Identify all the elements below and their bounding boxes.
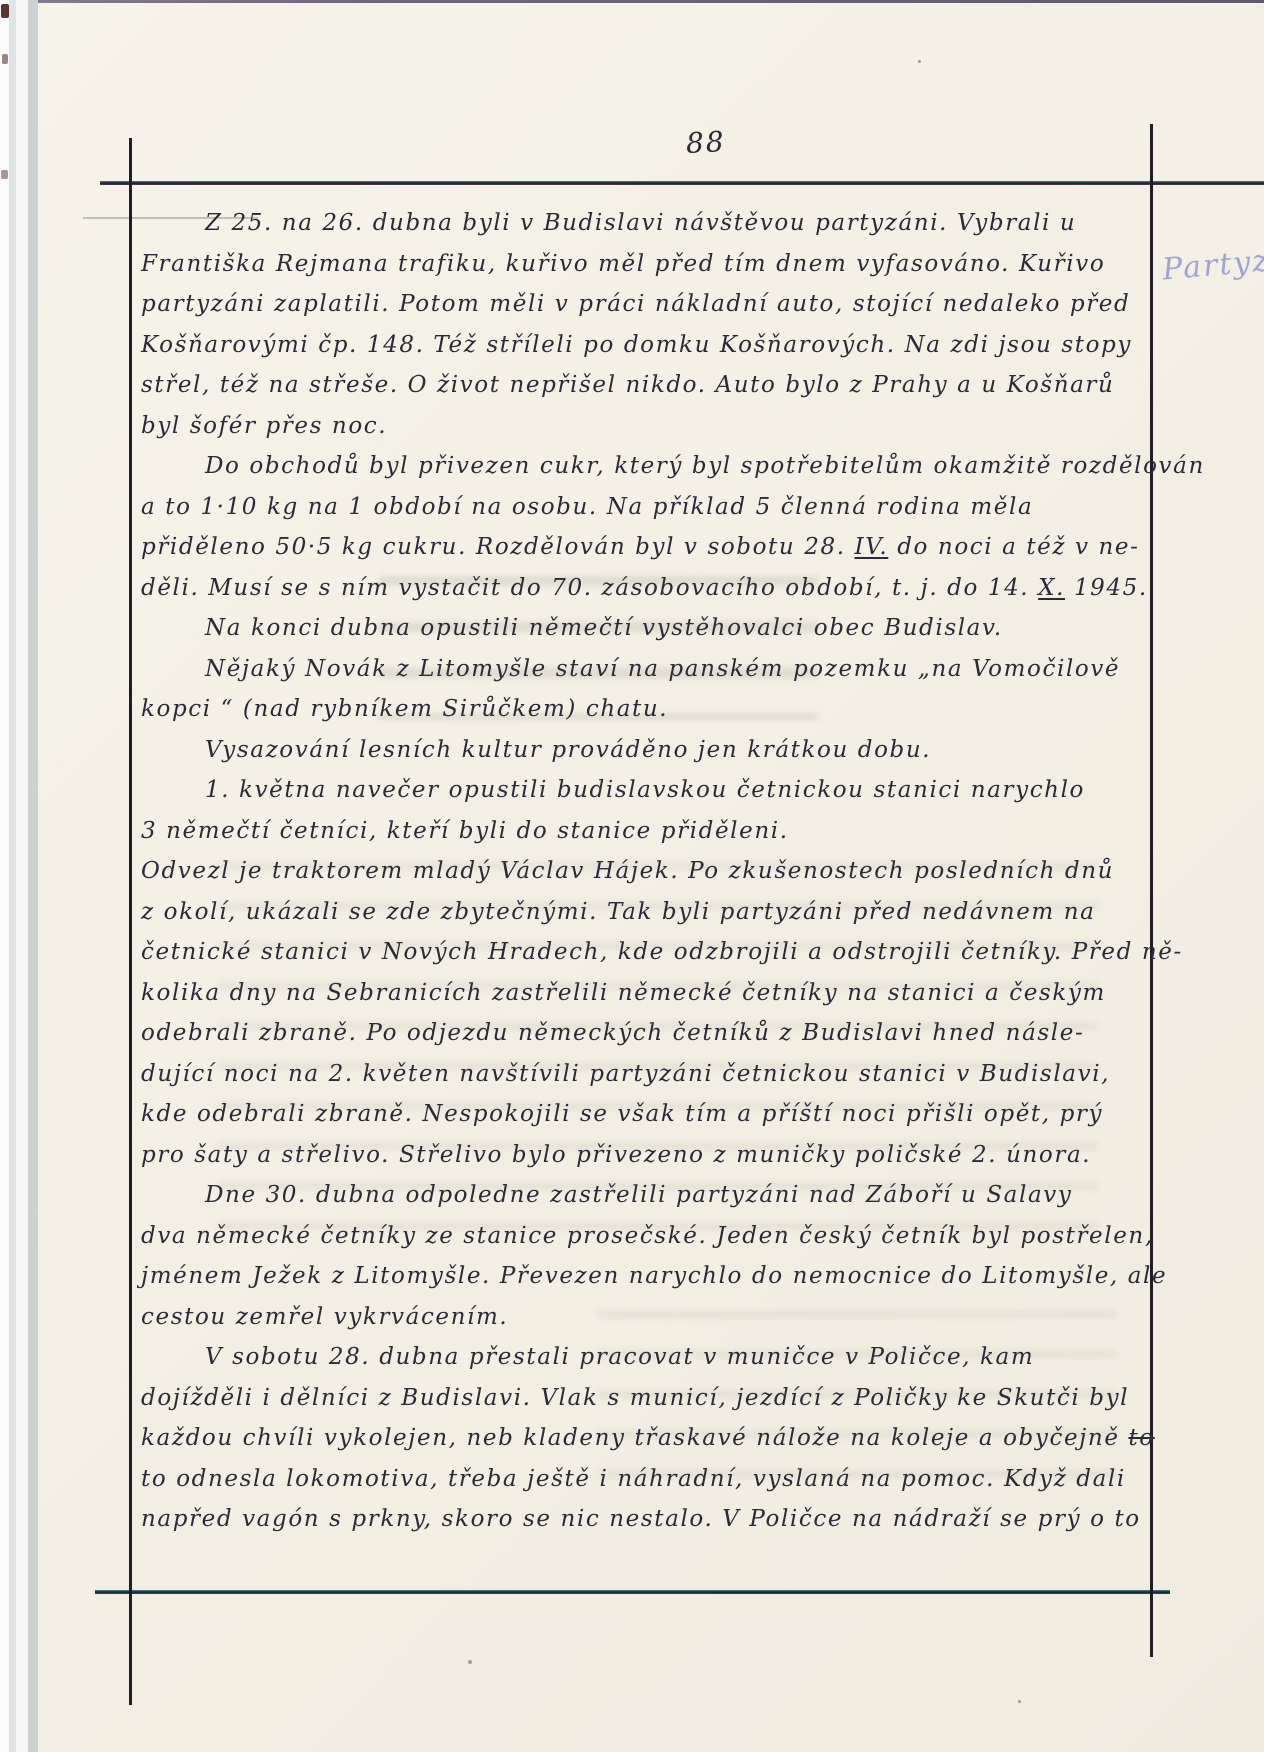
- manuscript-line: střel, též na střeše. O život nepřišel n…: [141, 365, 1156, 406]
- scanned-page: 88 Z 25. na 26. dubna byli v Budislavi n…: [0, 0, 1264, 1752]
- manuscript-line: 3 němečtí četníci, kteří byli do stanice…: [141, 811, 1156, 852]
- manuscript-line: to odnesla lokomotiva, třeba ještě i náh…: [141, 1459, 1156, 1500]
- manuscript-lines: Z 25. na 26. dubna byli v Budislavi návš…: [141, 203, 1156, 1540]
- manuscript-line: Františka Rejmana trafiku, kuřivo měl př…: [141, 244, 1156, 285]
- manuscript-line: odebrali zbraně. Po odjezdu německých če…: [141, 1013, 1156, 1054]
- manuscript-line: a to 1·10 kg na 1 období na osobu. Na př…: [141, 487, 1156, 528]
- manuscript-line: dva německé četníky ze stanice prosečské…: [141, 1216, 1156, 1257]
- manuscript-line: dojížděli i dělníci z Budislavi. Vlak s …: [141, 1378, 1156, 1419]
- manuscript-line: Košňarovými čp. 148. Též stříleli po dom…: [141, 325, 1156, 366]
- scan-speck: [1018, 1700, 1021, 1703]
- bottom-rule: [95, 1590, 1170, 1594]
- manuscript-line: kopci “ (nad rybníkem Sirůčkem) chatu.: [141, 689, 1156, 730]
- manuscript-line: 1. května navečer opustili budislavskou …: [141, 770, 1156, 811]
- scanner-edge-strip: [9, 0, 16, 1752]
- manuscript-line: každou chvíli vykolejen, neb kladeny třa…: [141, 1418, 1156, 1459]
- scanner-edge-strip: [0, 0, 9, 1752]
- manuscript-line: Z 25. na 26. dubna byli v Budislavi návš…: [141, 203, 1156, 244]
- manuscript-line: Dne 30. dubna odpoledne zastřelili party…: [141, 1175, 1156, 1216]
- manuscript-line: Na konci dubna opustili němečtí vystěhov…: [141, 608, 1156, 649]
- manuscript-line: V sobotu 28. dubna přestali pracovat v m…: [141, 1337, 1156, 1378]
- scan-artifact: [1, 4, 9, 18]
- manuscript-line: jménem Ježek z Litomyšle. Převezen naryc…: [141, 1256, 1156, 1297]
- scanner-edge-strip: [16, 0, 28, 1752]
- left-margin-rule: [129, 138, 132, 1705]
- scan-speck: [468, 1660, 472, 1664]
- manuscript-line: kde odebrali zbraně. Nespokojili se však…: [141, 1094, 1156, 1135]
- manuscript-line: Do obchodů byl přivezen cukr, který byl …: [141, 446, 1156, 487]
- manuscript-line: děli. Musí se s ním vystačit do 70. záso…: [141, 568, 1156, 609]
- manuscript-line: pro šaty a střelivo. Střelivo bylo přive…: [141, 1135, 1156, 1176]
- manuscript-line: z okolí, ukázali se zde zbytečnými. Tak …: [141, 892, 1156, 933]
- scan-artifact: [1, 170, 8, 179]
- manuscript-line: dující noci na 2. květen navštívili part…: [141, 1054, 1156, 1095]
- manuscript-line: četnické stanici v Nových Hradech, kde o…: [141, 932, 1156, 973]
- manuscript-line: byl šofér přes noc.: [141, 406, 1156, 447]
- scan-artifact: [2, 54, 8, 64]
- manuscript-line: Odvezl je traktorem mladý Václav Hájek. …: [141, 851, 1156, 892]
- manuscript-line: Vysazování lesních kultur prováděno jen …: [141, 730, 1156, 771]
- scanner-edge-strip: [28, 0, 38, 1752]
- manuscript-line: partyzáni zaplatili. Potom měli v práci …: [141, 284, 1156, 325]
- manuscript-line: cestou zemřel vykrvácením.: [141, 1297, 1156, 1338]
- paper: 88 Z 25. na 26. dubna byli v Budislavi n…: [38, 0, 1264, 1752]
- manuscript-line: Nějaký Novák z Litomyšle staví na panské…: [141, 649, 1156, 690]
- manuscript-line: kolika dny na Sebranicích zastřelili něm…: [141, 973, 1156, 1014]
- margin-note: Partyzáni: [1161, 233, 1264, 287]
- scan-speck: [918, 60, 921, 63]
- page-top-edge: [38, 0, 1264, 3]
- manuscript-line: přiděleno 50·5 kg cukru. Rozdělován byl …: [141, 527, 1156, 568]
- top-rule: [100, 181, 1264, 185]
- manuscript-line: napřed vagón s prkny, skoro se nic nesta…: [141, 1499, 1156, 1540]
- page-number: 88: [685, 125, 726, 160]
